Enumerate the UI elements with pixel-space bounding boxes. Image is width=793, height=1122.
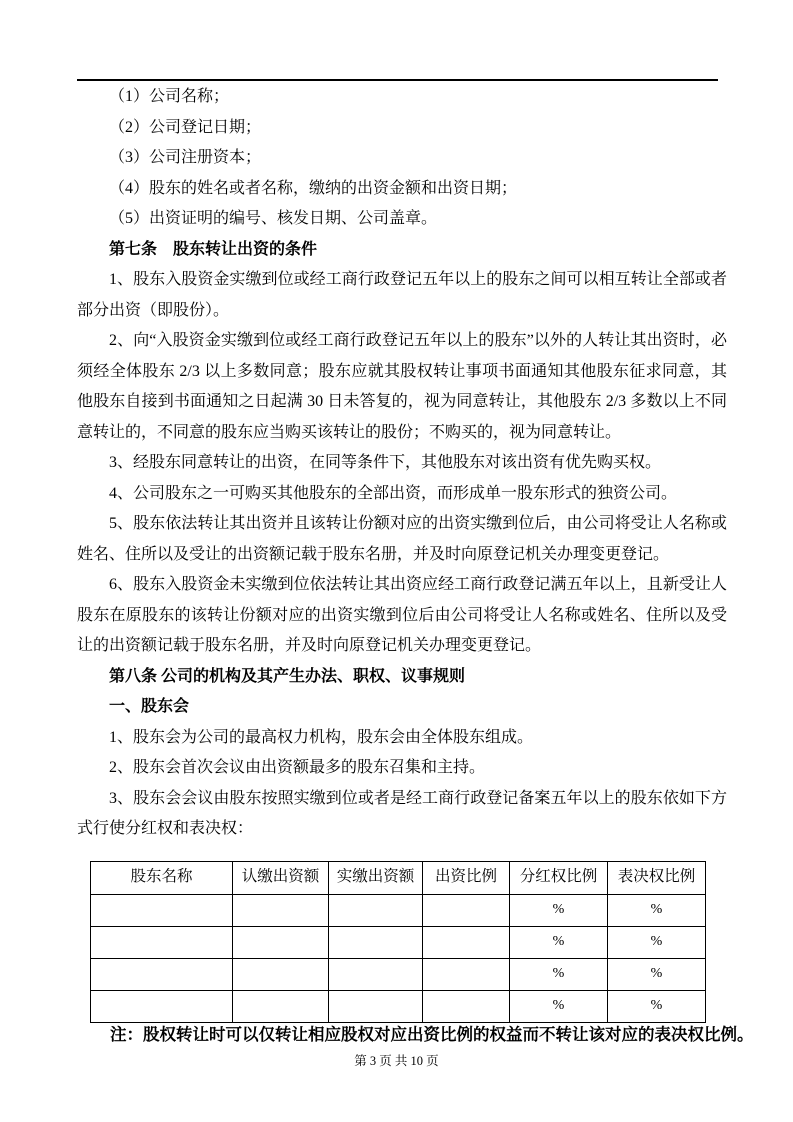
list-item: （1）公司名称； xyxy=(77,82,727,113)
table-row: % % xyxy=(91,958,706,990)
paragraph: 2、股东会首次会议由出资额最多的股东召集和主持。 xyxy=(77,753,727,784)
list-item: （4）股东的姓名或者名称，缴纳的出资金额和出资日期； xyxy=(77,174,727,205)
table-cell xyxy=(423,894,510,926)
paragraph: 5、股东依法转让其出资并且该转让份额对应的出资实缴到位后，由公司将受让人名称或姓… xyxy=(77,509,727,570)
table-cell xyxy=(91,958,233,990)
table-cell: % xyxy=(510,894,608,926)
table-cell xyxy=(233,958,329,990)
table-cell: % xyxy=(608,958,706,990)
col-header-paid-in-capital: 实缴出资额 xyxy=(329,861,423,894)
list-item: （3）公司注册资本； xyxy=(77,143,727,174)
paragraph: 6、股东入股资金未实缴到位依法转让其出资应经工商行政登记满五年以上，且新受让人股… xyxy=(77,570,727,662)
table-row: % % xyxy=(91,926,706,958)
paragraph: 4、公司股东之一可购买其他股东的全部出资，而形成单一股东形式的独资公司。 xyxy=(77,479,727,510)
table-cell xyxy=(423,958,510,990)
table-cell xyxy=(91,990,233,1022)
section-subheading: 一、股东会 xyxy=(77,692,727,723)
header-rule xyxy=(77,79,718,81)
col-header-shareholder-name: 股东名称 xyxy=(91,861,233,894)
paragraph: 3、经股东同意转让的出资，在同等条件下，其他股东对该出资有优先购买权。 xyxy=(77,448,727,479)
col-header-capital-ratio: 出资比例 xyxy=(423,861,510,894)
table-cell xyxy=(329,958,423,990)
table-row: % % xyxy=(91,894,706,926)
table-cell: % xyxy=(608,990,706,1022)
article-8-heading: 第八条 公司的机构及其产生办法、职权、议事规则 xyxy=(77,662,727,693)
note-text: 注：股权转让时可以仅转让相应股权对应出资比例的权益而不转让该对应的表决权比例。 xyxy=(77,1023,727,1047)
shareholder-table: 股东名称 认缴出资额 实缴出资额 出资比例 分红权比例 表决权比例 % % xyxy=(90,861,706,1023)
paragraph: 3、股东会会议由股东按照实缴到位或者是经工商行政登记备案五年以上的股东依如下方式… xyxy=(77,784,727,845)
table-cell xyxy=(233,990,329,1022)
list-item: （5）出资证明的编号、核发日期、公司盖章。 xyxy=(77,204,727,235)
paragraph: 1、股东入股资金实缴到位或经工商行政登记五年以上的股东之间可以相互转让全部或者部… xyxy=(77,265,727,326)
col-header-dividend-ratio: 分红权比例 xyxy=(510,861,608,894)
paragraph: 2、向“入股资金实缴到位或经工商行政登记五年以上的股东”以外的人转让其出资时，必… xyxy=(77,326,727,448)
table-header-row: 股东名称 认缴出资额 实缴出资额 出资比例 分红权比例 表决权比例 xyxy=(91,861,706,894)
document-body: （1）公司名称； （2）公司登记日期； （3）公司注册资本； （4）股东的姓名或… xyxy=(77,82,727,1047)
article-7-heading: 第七条 股东转让出资的条件 xyxy=(77,235,727,266)
document-page: （1）公司名称； （2）公司登记日期； （3）公司注册资本； （4）股东的姓名或… xyxy=(0,0,793,1122)
list-item: （2）公司登记日期； xyxy=(77,113,727,144)
table-cell: % xyxy=(608,894,706,926)
table-cell xyxy=(423,926,510,958)
table-cell xyxy=(329,990,423,1022)
table-cell: % xyxy=(608,926,706,958)
table-cell: % xyxy=(510,926,608,958)
page-number: 第 3 页 共 10 页 xyxy=(0,1052,793,1070)
table-cell xyxy=(91,894,233,926)
table-cell: % xyxy=(510,990,608,1022)
table-cell: % xyxy=(510,958,608,990)
table-cell xyxy=(91,926,233,958)
paragraph: 1、股东会为公司的最高权力机构，股东会由全体股东组成。 xyxy=(77,723,727,754)
table-cell xyxy=(233,894,329,926)
col-header-subscribed-capital: 认缴出资额 xyxy=(233,861,329,894)
col-header-voting-ratio: 表决权比例 xyxy=(608,861,706,894)
table-cell xyxy=(233,926,329,958)
table-cell xyxy=(423,990,510,1022)
table-row: % % xyxy=(91,990,706,1022)
table-cell xyxy=(329,926,423,958)
table-cell xyxy=(329,894,423,926)
